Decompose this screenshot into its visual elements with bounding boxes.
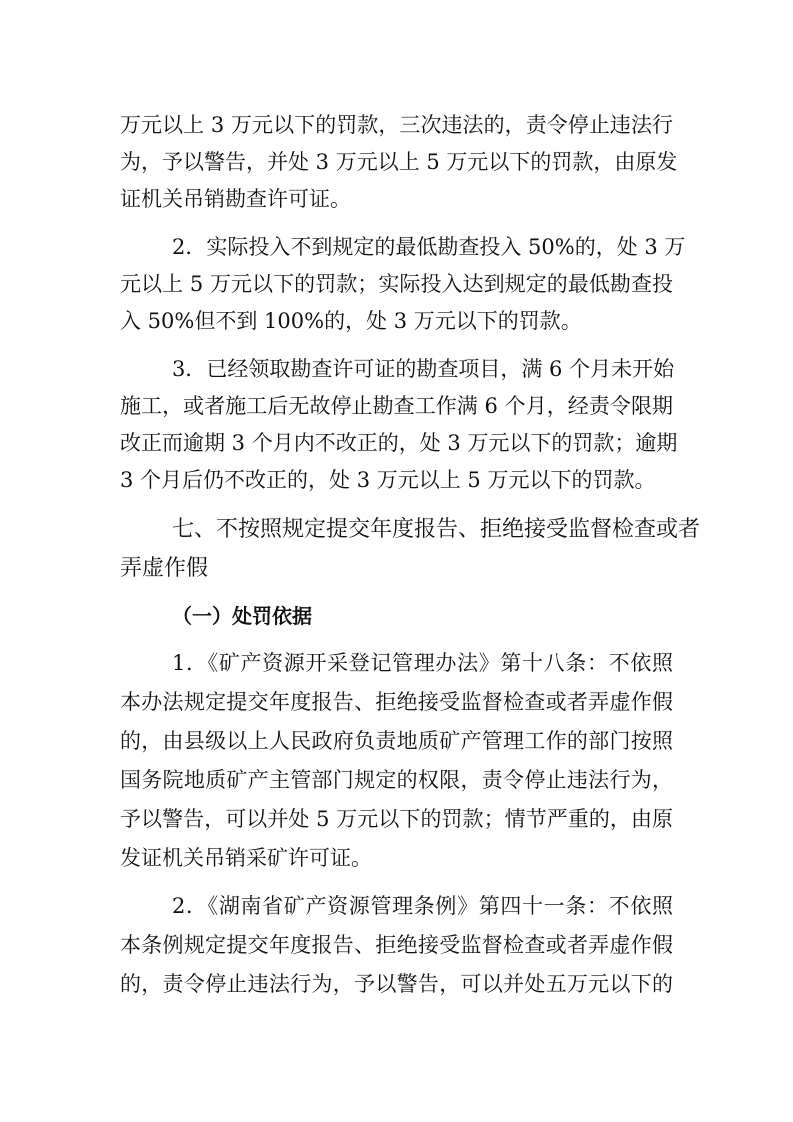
paragraph-line: 的，由县级以上人民政府负责地质矿产管理工作的部门按照 xyxy=(120,728,673,754)
paragraph-line: 施工，或者施工后无故停止勘查工作满 6 个月，经责令限期 xyxy=(120,393,673,419)
paragraph-line: 本条例规定提交年度报告、拒绝接受监督检查或者弄虚作假 xyxy=(120,932,673,958)
paragraph-line: 元以上 5 万元以下的罚款；实际投入达到规定的最低勘查投 xyxy=(120,271,673,297)
section-heading: 弄虚作假 xyxy=(120,556,673,582)
paragraph-line: 发证机关吊销采矿许可证。 xyxy=(120,845,673,871)
subsection-heading: （一）处罚依据 xyxy=(172,603,673,629)
paragraph-line: 入 50%但不到 100%的，处 3 万元以下的罚款。 xyxy=(120,308,673,334)
paragraph-line: 证机关吊销勘查许可证。 xyxy=(120,186,673,212)
paragraph-line: 万元以上 3 万元以下的罚款，三次违法的，责令停止违法行 xyxy=(120,112,673,138)
section-heading: 七、不按照规定提交年度报告、拒绝接受监督检查或者 xyxy=(172,517,673,543)
paragraph-line: 1．《矿产资源开采登记管理办法》第十八条：不依照 xyxy=(172,650,673,676)
paragraph-line: 的，责令停止违法行为，予以警告，可以并处五万元以下的 xyxy=(120,971,673,997)
paragraph-line: 本办法规定提交年度报告、拒绝接受监督检查或者弄虚作假 xyxy=(120,689,673,715)
paragraph-line: 2．《湖南省矿产资源管理条例》第四十一条：不依照 xyxy=(172,893,673,919)
paragraph-line: 国务院地质矿产主管部门规定的权限，责令停止违法行为， xyxy=(120,767,673,793)
paragraph-line: 改正而逾期 3 个月内不改正的，处 3 万元以下的罚款；逾期 xyxy=(120,430,673,456)
paragraph-line: 2．实际投入不到规定的最低勘查投入 50%的，处 3 万 xyxy=(172,234,673,260)
paragraph-line: 为，予以警告，并处 3 万元以上 5 万元以下的罚款，由原发 xyxy=(120,149,673,175)
paragraph-line: 3 个月后仍不改正的，处 3 万元以上 5 万元以下的罚款。 xyxy=(120,467,673,493)
paragraph-line: 予以警告，可以并处 5 万元以下的罚款；情节严重的，由原 xyxy=(120,806,673,832)
paragraph-line: 3．已经领取勘查许可证的勘查项目，满 6 个月未开始 xyxy=(172,356,673,382)
